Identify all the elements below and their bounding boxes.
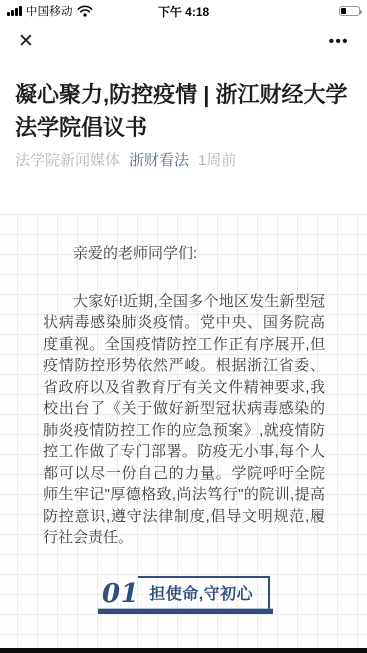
status-left: 中国移动: [7, 3, 127, 19]
article-body: 亲爱的老师同学们: 大家好!近期,全国多个地区发生新型冠状病毒感染肺炎疫情。党中…: [0, 213, 367, 649]
article-meta: 法学院新闻媒体 浙财看法 1周前: [15, 150, 352, 171]
next-content-edge: [0, 648, 367, 653]
signal-strength-icon: [7, 6, 22, 16]
article-header: 凝心聚力,防控疫情 | 浙江财经大学法学院倡议书 法学院新闻媒体 浙财看法 1周…: [0, 78, 367, 171]
wifi-icon: [77, 5, 93, 17]
battery-icon: [339, 6, 360, 17]
article-title: 凝心聚力,防控疫情 | 浙江财经大学法学院倡议书: [15, 78, 352, 144]
section-heading-01: 01 担使命,守初心: [98, 576, 270, 614]
more-options-icon[interactable]: •••: [329, 33, 349, 50]
status-right: [240, 6, 360, 17]
section-title: 担使命,守初心: [149, 584, 253, 603]
navigation-row: ✕ •••: [0, 22, 367, 60]
published-time-label: 1周前: [198, 150, 236, 171]
carrier-label: 中国移动: [26, 3, 73, 19]
section-number: 01: [102, 581, 139, 607]
section-underline-decoration: [98, 609, 273, 614]
official-account-link[interactable]: 浙财看法: [129, 150, 189, 171]
author-label: 法学院新闻媒体: [15, 150, 120, 171]
close-icon[interactable]: ✕: [18, 32, 34, 51]
wechat-article-screen: 中国移动 下午 4:18 ✕ ••• 凝心聚力,防控疫情 | 浙江财经大学法学院…: [0, 0, 367, 653]
salutation-paragraph: 亲爱的老师同学们:: [43, 243, 325, 265]
clock-label: 下午 4:18: [127, 3, 240, 20]
status-bar: 中国移动 下午 4:18: [0, 0, 367, 22]
body-paragraph: 大家好!近期,全国多个地区发生新型冠状病毒感染肺炎疫情。党中央、国务院高度重视。…: [43, 291, 325, 549]
